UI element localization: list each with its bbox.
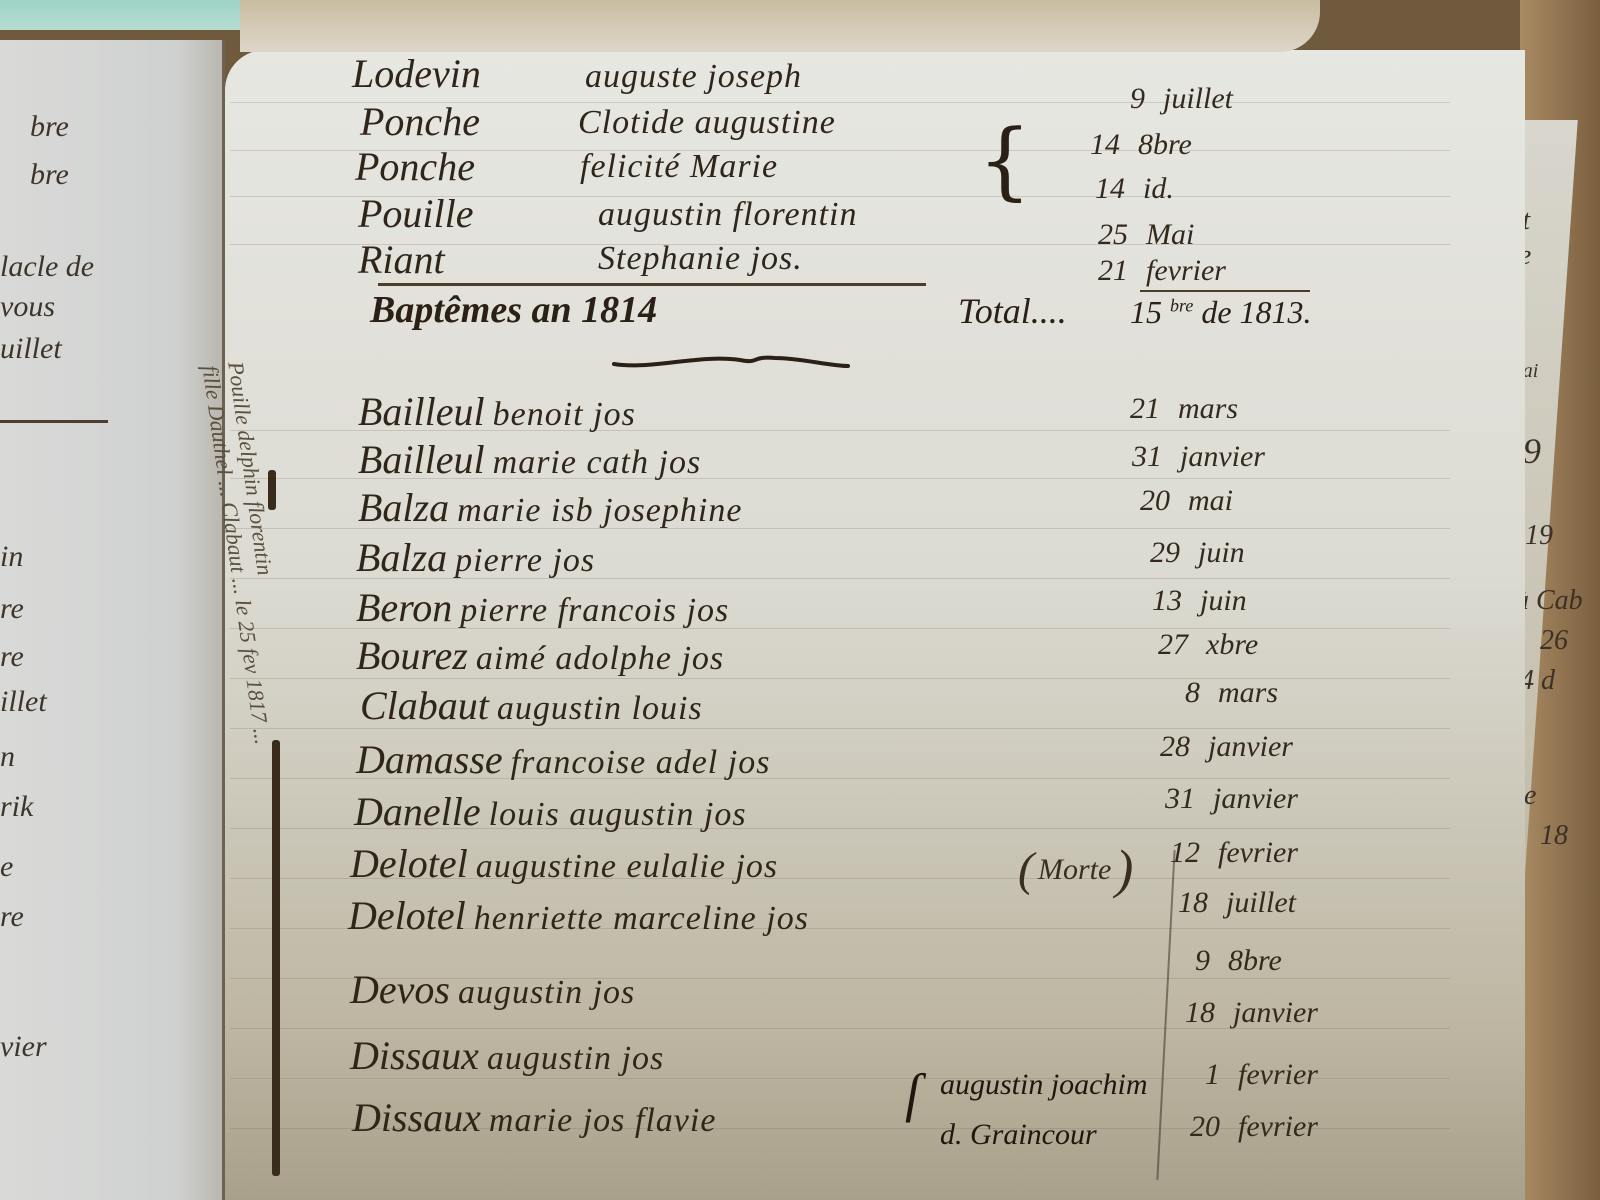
entry-surname: Balza xyxy=(358,485,449,530)
entry-given: louis augustin jos xyxy=(489,796,747,833)
date-month: fevrier xyxy=(1146,254,1226,287)
entry-given: marie jos flavie xyxy=(489,1102,717,1139)
entry-given: marie isb josephine xyxy=(457,492,742,529)
entry-row: Bourez aimé adolphe jos xyxy=(356,632,724,679)
entry-given: marie cath jos xyxy=(493,444,702,481)
date-month: janvier xyxy=(1180,440,1265,473)
entry-row: Delotel augustine eulalie jos xyxy=(350,840,778,887)
entry-given-names: auguste joseph xyxy=(585,58,802,96)
total-label: Total.... xyxy=(958,290,1067,332)
entry-surname: Delotel xyxy=(348,893,466,938)
entry-surname: Lodevin xyxy=(352,51,481,96)
entry-date: 148bre xyxy=(1050,128,1192,162)
date-month: 8bre xyxy=(1228,944,1282,977)
entry-row: Beron pierre francois jos xyxy=(356,584,729,631)
left-page-fragment: in xyxy=(0,540,23,574)
entry-given: Clotide augustine xyxy=(578,104,836,141)
entry-date: 25Mai xyxy=(1058,218,1194,252)
entry-row: Pouille xyxy=(358,190,474,237)
entry-date: 1fevrier xyxy=(1150,1058,1318,1092)
entry-surname: Bourez xyxy=(356,633,468,678)
date-month: 8bre xyxy=(1138,128,1192,161)
left-page-fragment: lacle de xyxy=(0,250,94,284)
date-month: janvier xyxy=(1208,730,1293,763)
entry-surname: Dissaux xyxy=(352,1095,481,1140)
entry-surname: Damasse xyxy=(356,737,503,782)
entry-given-names: augustin florentin xyxy=(598,196,857,234)
date-month: mars xyxy=(1218,676,1278,709)
morte-annotation: Morte xyxy=(1018,838,1133,900)
entry-date: 13juin xyxy=(1112,584,1247,618)
total-rule xyxy=(1140,290,1310,292)
date-day: 21 xyxy=(1058,254,1128,288)
date-day: 25 xyxy=(1058,218,1128,252)
entry-date: 27xbre xyxy=(1118,628,1258,662)
entry-date: 20mai xyxy=(1100,484,1233,518)
entry-date: 31janvier xyxy=(1092,440,1265,474)
left-page-fragment: re xyxy=(0,592,24,626)
entry-row: Dissaux augustin jos xyxy=(350,1032,664,1079)
date-month: fevrier xyxy=(1238,1058,1318,1091)
right-edge-fragment: 18 xyxy=(1540,820,1568,852)
entry-surname: Balza xyxy=(356,535,447,580)
margin-strikethrough xyxy=(272,740,280,1176)
entry-row: Balza pierre jos xyxy=(356,534,595,581)
entry-given: felicité Marie xyxy=(580,148,778,185)
right-edge-fragment: 4 d xyxy=(1520,665,1555,697)
date-month: mai xyxy=(1188,484,1233,517)
left-page-fragment: e xyxy=(0,850,13,884)
date-month: juin xyxy=(1198,536,1245,569)
date-month: xbre xyxy=(1206,628,1258,661)
left-page-fragment: vier xyxy=(0,1030,47,1064)
entry-row: Riant xyxy=(358,236,445,283)
right-edge-fragment: à Cab xyxy=(1515,585,1583,617)
date-month: juin xyxy=(1200,584,1247,617)
entry-date: 20fevrier xyxy=(1150,1110,1318,1144)
date-day: 14 xyxy=(1055,172,1125,206)
left-page-fragment: bre xyxy=(30,110,69,144)
date-day: 20 xyxy=(1100,484,1170,518)
entry-given: augustin louis xyxy=(497,690,703,727)
left-page-fragment: n xyxy=(0,740,15,774)
entry-row: Ponche xyxy=(360,98,480,145)
entry-given: augustin jos xyxy=(458,974,635,1011)
entry-date: 21fevrier xyxy=(1058,254,1226,288)
total-count: 15 xyxy=(1130,294,1162,330)
margin-strikethrough xyxy=(268,470,276,510)
entry-given: henriette marceline jos xyxy=(474,900,809,937)
total-note: de 1813. xyxy=(1201,294,1311,330)
entry-surname: Bailleul xyxy=(358,389,485,434)
entry-given: benoit jos xyxy=(493,396,636,433)
entry-date: 14id. xyxy=(1055,172,1174,206)
entry-given: francoise adel jos xyxy=(511,744,771,781)
torn-top-edge xyxy=(240,0,1320,52)
entry-row: Clabaut augustin louis xyxy=(360,682,703,729)
entry-given: pierre francois jos xyxy=(460,592,729,629)
date-day: 8 xyxy=(1130,676,1200,710)
date-day: 13 xyxy=(1112,584,1182,618)
entry-row: Delotel henriette marceline jos xyxy=(348,892,809,939)
entry-surname: Ponche xyxy=(355,144,475,189)
entry-row: Ponche xyxy=(355,143,475,190)
date-day: 12 xyxy=(1130,836,1200,870)
left-page-fragment: vous xyxy=(0,290,55,324)
side-annotation: augustin joachim xyxy=(940,1068,1148,1102)
entry-date: 98bre xyxy=(1140,944,1282,978)
entry-surname: Beron xyxy=(356,585,452,630)
entry-given: aimé adolphe jos xyxy=(476,640,724,677)
entry-given-names: Clotide augustine xyxy=(578,104,836,142)
left-page-fragment: illet xyxy=(0,685,47,719)
date-month: janvier xyxy=(1213,782,1298,815)
date-month: mars xyxy=(1178,392,1238,425)
left-page-fragment: re xyxy=(0,900,24,934)
date-day: 27 xyxy=(1118,628,1188,662)
grouping-brace: { xyxy=(978,118,1031,202)
date-month: juillet xyxy=(1163,82,1233,115)
left-page-fragment: bre xyxy=(30,158,69,192)
entry-surname: Riant xyxy=(358,237,445,282)
date-day: 29 xyxy=(1110,536,1180,570)
section-title: Baptêmes an 1814 xyxy=(370,288,657,332)
left-page: bre bre lacle de vous uillet in re re il… xyxy=(0,40,225,1200)
entry-given: auguste joseph xyxy=(585,58,802,95)
entry-given: augustine eulalie jos xyxy=(476,848,778,885)
entry-surname: Pouille xyxy=(358,191,474,236)
date-month: janvier xyxy=(1233,996,1318,1029)
entry-given: augustin jos xyxy=(487,1040,664,1077)
entry-row: Bailleul benoit jos xyxy=(358,388,636,435)
entry-row: Danelle louis augustin jos xyxy=(354,788,747,835)
date-day: 9 xyxy=(1140,944,1210,978)
date-day: 18 xyxy=(1145,996,1215,1030)
date-month: juillet xyxy=(1226,886,1296,919)
date-day: 31 xyxy=(1125,782,1195,816)
side-annotation-bracket: ſ xyxy=(905,1062,920,1124)
side-annotation: d. Graincour xyxy=(940,1118,1097,1152)
entry-row: Balza marie isb josephine xyxy=(358,484,742,531)
total-note-superscript: bre xyxy=(1170,295,1193,315)
entry-date: 18janvier xyxy=(1145,996,1318,1030)
entry-given: augustin florentin xyxy=(598,196,857,233)
right-edge-fragment: 26 xyxy=(1540,625,1568,657)
date-month: fevrier xyxy=(1238,1110,1318,1143)
entry-surname: Bailleul xyxy=(358,437,485,482)
entry-row: Bailleul marie cath jos xyxy=(358,436,701,483)
entry-surname: Clabaut xyxy=(360,683,489,728)
date-day: 28 xyxy=(1120,730,1190,764)
right-edge-fragment: 19 xyxy=(1525,520,1553,552)
entry-date: 31janvier xyxy=(1125,782,1298,816)
date-month: fevrier xyxy=(1218,836,1298,869)
entry-given-names: felicité Marie xyxy=(580,148,778,186)
left-page-fragment: uillet xyxy=(0,332,62,366)
date-day: 21 xyxy=(1090,392,1160,426)
entry-date: 29juin xyxy=(1110,536,1245,570)
left-page-fragment: rik xyxy=(0,790,33,824)
entry-given: Stephanie jos. xyxy=(598,240,803,277)
left-page-rule xyxy=(0,420,108,423)
entry-surname: Delotel xyxy=(350,841,468,886)
entry-date: 28janvier xyxy=(1120,730,1293,764)
entry-date: 8mars xyxy=(1130,676,1278,710)
entry-surname: Ponche xyxy=(360,99,480,144)
entry-row: Dissaux marie jos flavie xyxy=(352,1094,716,1141)
date-day: 9 xyxy=(1075,82,1145,116)
decorative-flourish xyxy=(610,352,850,370)
entry-row: Lodevin xyxy=(352,50,481,97)
entry-date: 12fevrier xyxy=(1130,836,1298,870)
entry-row: Damasse francoise adel jos xyxy=(356,736,770,783)
date-month: id. xyxy=(1143,172,1174,205)
entry-date: 9juillet xyxy=(1075,82,1233,116)
entry-row: Devos augustin jos xyxy=(350,966,635,1013)
date-day: 31 xyxy=(1092,440,1162,474)
entry-date: 18juillet xyxy=(1138,886,1296,920)
entry-surname: Devos xyxy=(350,967,450,1012)
entry-given: pierre jos xyxy=(455,542,595,579)
entry-surname: Danelle xyxy=(354,789,481,834)
date-day: 14 xyxy=(1050,128,1120,162)
entry-surname: Dissaux xyxy=(350,1033,479,1078)
entry-date: 21mars xyxy=(1090,392,1238,426)
entry-given-names: Stephanie jos. xyxy=(598,240,803,278)
left-page-fragment: re xyxy=(0,640,24,674)
date-month: Mai xyxy=(1146,218,1194,251)
total-value: 15 bre de 1813. xyxy=(1130,294,1312,331)
section-rule xyxy=(378,283,926,286)
